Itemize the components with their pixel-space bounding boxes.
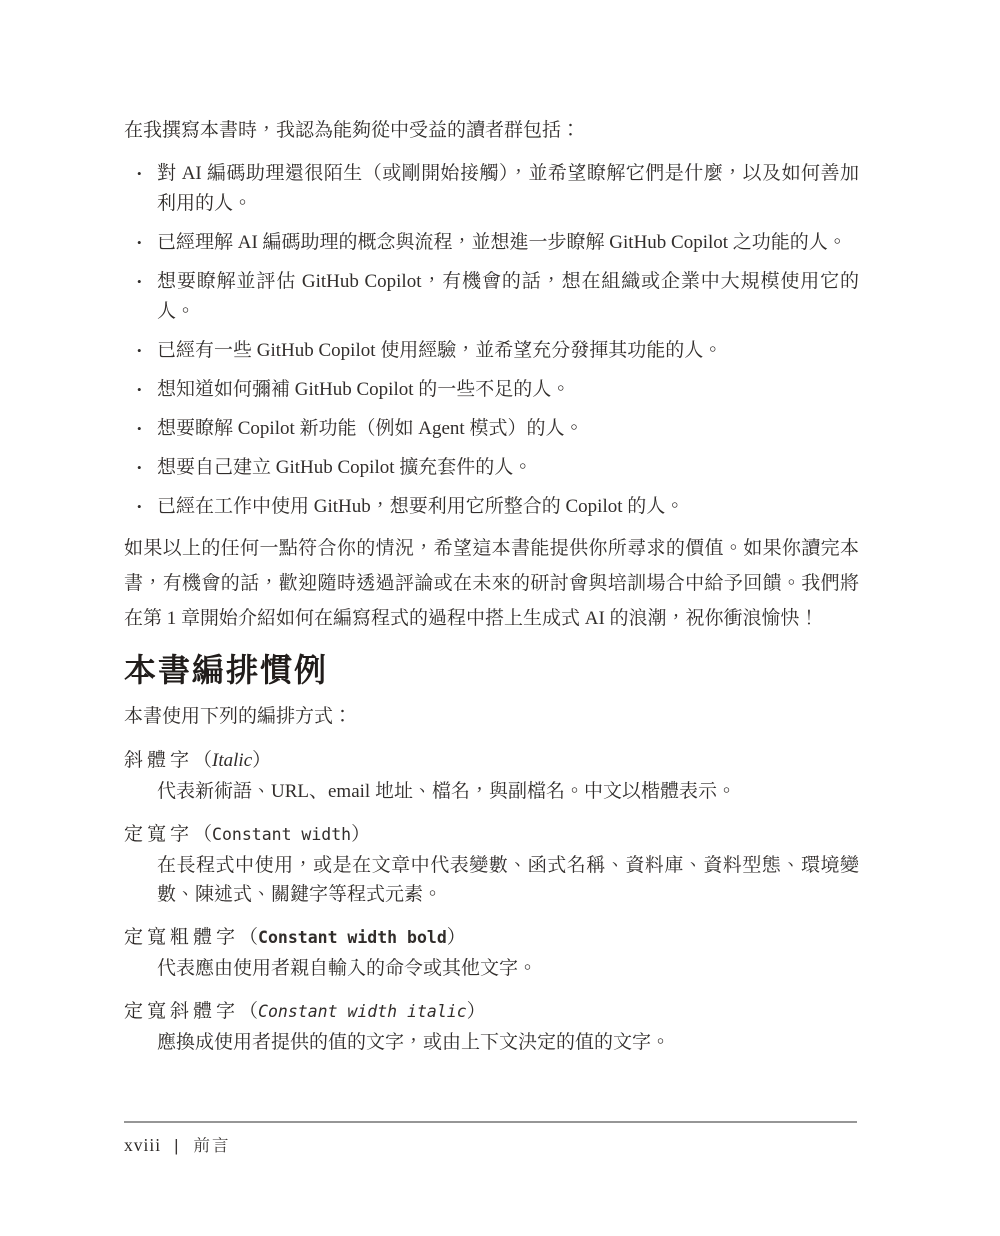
convention-item: 定寬字（Constant width） 在長程式中使用，或是在文章中代表變數、函… bbox=[124, 819, 859, 909]
convention-term: 斜體字（Italic） bbox=[124, 745, 859, 777]
list-item-text: 想要瞭解 Copilot 新功能（例如 Agent 模式）的人。 bbox=[157, 418, 583, 439]
bullet-icon: • bbox=[137, 228, 142, 258]
convention-item: 斜體字（Italic） 代表新術語、URL、email 地址、檔名，與副檔名。中… bbox=[124, 745, 859, 806]
list-item: • 對 AI 編碼助理還很陌生（或剛開始接觸），並希望瞭解它們是什麼，以及如何善… bbox=[124, 159, 859, 219]
convention-description: 代表新術語、URL、email 地址、檔名，與副檔名。中文以楷體表示。 bbox=[124, 777, 859, 806]
term-english: Italic bbox=[212, 750, 252, 771]
open-paren: （ bbox=[193, 750, 212, 771]
list-item: • 想要自己建立 GitHub Copilot 擴充套件的人。 bbox=[124, 453, 859, 483]
list-item: • 想要瞭解 Copilot 新功能（例如 Agent 模式）的人。 bbox=[124, 414, 859, 444]
list-item-text: 已經在工作中使用 GitHub，想要利用它所整合的 Copilot 的人。 bbox=[157, 496, 684, 517]
conventions-intro: 本書使用下列的編排方式： bbox=[124, 702, 859, 732]
term-chinese: 斜體字 bbox=[124, 750, 193, 771]
term-chinese: 定寬斜體字 bbox=[124, 1001, 239, 1022]
footer-line: xviii | 前言 bbox=[124, 1132, 857, 1156]
term-english: Constant width italic bbox=[258, 1002, 467, 1021]
book-page: 在我撰寫本書時，我認為能夠從中受益的讀者群包括： • 對 AI 編碼助理還很陌生… bbox=[0, 0, 1000, 1236]
term-english: Constant width bbox=[212, 825, 351, 844]
convention-term: 定寬粗體字（Constant width bold） bbox=[124, 922, 859, 954]
term-english: Constant width bold bbox=[258, 928, 447, 947]
list-item-text: 想要瞭解並評估 GitHub Copilot，有機會的話，想在組織或企業中大規模… bbox=[157, 271, 859, 322]
list-item: • 已經有一些 GitHub Copilot 使用經驗，並希望充分發揮其功能的人… bbox=[124, 336, 859, 366]
list-item-text: 想要自己建立 GitHub Copilot 擴充套件的人。 bbox=[157, 457, 532, 478]
convention-description: 在長程式中使用，或是在文章中代表變數、函式名稱、資料庫、資料型態、環境變數、陳述… bbox=[124, 851, 859, 909]
term-chinese: 定寬粗體字 bbox=[124, 927, 239, 948]
footer-section-title: 前言 bbox=[194, 1132, 231, 1156]
convention-description: 應換成使用者提供的值的文字，或由上下文決定的值的文字。 bbox=[124, 1028, 859, 1057]
list-item-text: 已經理解 AI 編碼助理的概念與流程，並想進一步瞭解 GitHub Copilo… bbox=[157, 232, 847, 253]
page-content: 在我撰寫本書時，我認為能夠從中受益的讀者群包括： • 對 AI 編碼助理還很陌生… bbox=[124, 116, 859, 1057]
open-paren: （ bbox=[193, 824, 212, 845]
close-paren: ） bbox=[252, 750, 271, 771]
bullet-icon: • bbox=[137, 159, 142, 189]
footer-separator: | bbox=[174, 1136, 178, 1156]
list-item-text: 已經有一些 GitHub Copilot 使用經驗，並希望充分發揮其功能的人。 bbox=[157, 340, 722, 361]
bullet-icon: • bbox=[137, 375, 142, 405]
bullet-icon: • bbox=[137, 267, 142, 297]
convention-description: 代表應由使用者親自輸入的命令或其他文字。 bbox=[124, 954, 859, 983]
list-item-text: 對 AI 編碼助理還很陌生（或剛開始接觸），並希望瞭解它們是什麼，以及如何善加利… bbox=[157, 163, 859, 214]
close-paren: ） bbox=[467, 1001, 486, 1022]
reader-list: • 對 AI 編碼助理還很陌生（或剛開始接觸），並希望瞭解它們是什麼，以及如何善… bbox=[124, 159, 859, 522]
list-item: • 想要瞭解並評估 GitHub Copilot，有機會的話，想在組織或企業中大… bbox=[124, 267, 859, 327]
convention-term: 定寬字（Constant width） bbox=[124, 819, 859, 851]
page-number: xviii bbox=[124, 1135, 161, 1156]
bullet-icon: • bbox=[137, 414, 142, 444]
open-paren: （ bbox=[239, 927, 258, 948]
term-chinese: 定寬字 bbox=[124, 824, 193, 845]
page-footer: xviii | 前言 bbox=[124, 1121, 857, 1156]
bullet-icon: • bbox=[137, 336, 142, 366]
open-paren: （ bbox=[239, 1001, 258, 1022]
bullet-icon: • bbox=[137, 453, 142, 483]
closing-paragraph: 如果以上的任何一點符合你的情況，希望這本書能提供你所尋求的價值。如果你讀完本書，… bbox=[124, 531, 859, 636]
close-paren: ） bbox=[351, 824, 370, 845]
list-item: • 已經在工作中使用 GitHub，想要利用它所整合的 Copilot 的人。 bbox=[124, 492, 859, 522]
bullet-icon: • bbox=[137, 492, 142, 522]
convention-item: 定寬斜體字（Constant width italic） 應換成使用者提供的值的… bbox=[124, 996, 859, 1057]
section-heading: 本書編排慣例 bbox=[124, 650, 859, 690]
convention-item: 定寬粗體字（Constant width bold） 代表應由使用者親自輸入的命… bbox=[124, 922, 859, 983]
list-item: • 已經理解 AI 編碼助理的概念與流程，並想進一步瞭解 GitHub Copi… bbox=[124, 228, 859, 258]
close-paren: ） bbox=[447, 927, 466, 948]
list-item-text: 想知道如何彌補 GitHub Copilot 的一些不足的人。 bbox=[157, 379, 570, 400]
convention-term: 定寬斜體字（Constant width italic） bbox=[124, 996, 859, 1028]
list-item: • 想知道如何彌補 GitHub Copilot 的一些不足的人。 bbox=[124, 375, 859, 405]
intro-paragraph: 在我撰寫本書時，我認為能夠從中受益的讀者群包括： bbox=[124, 116, 859, 146]
